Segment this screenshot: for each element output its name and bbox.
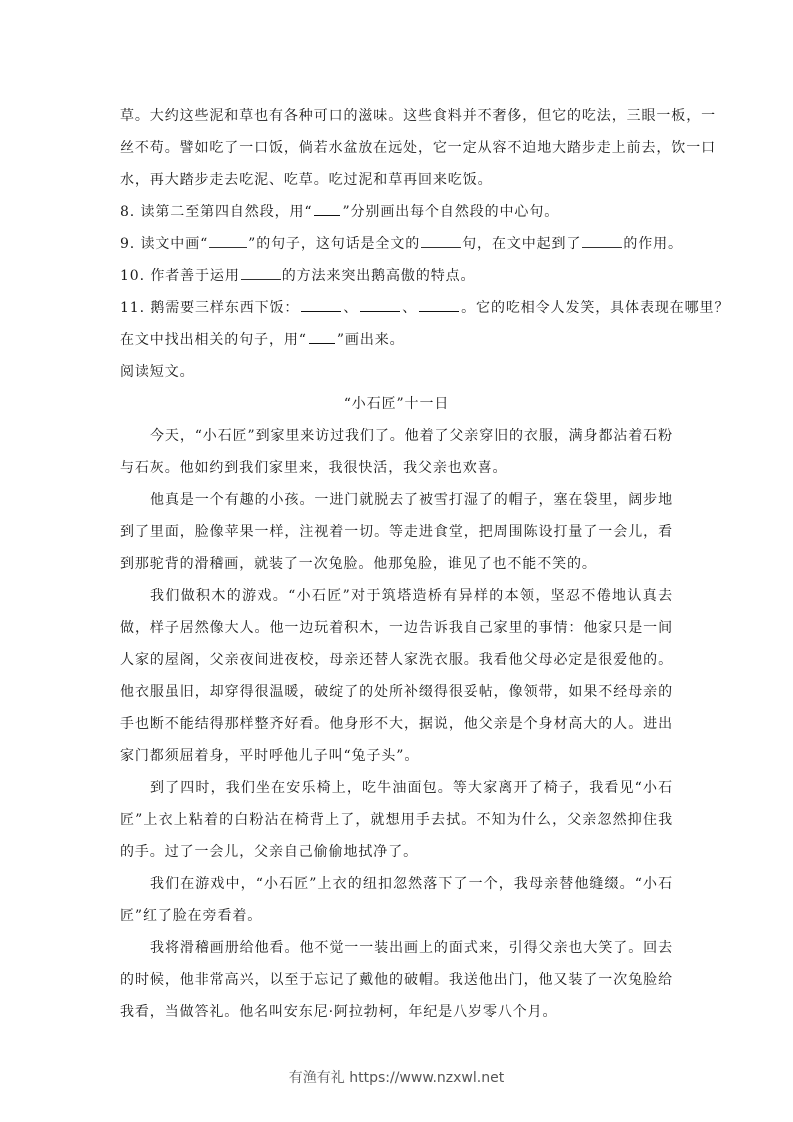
footer-watermark: 有渔有礼 https://www.nzxwl.net xyxy=(0,1067,793,1087)
passage-paragraph-5: 我们在游戏中，“小石匠”上衣的纽扣忽然落下了一个，我母亲替他缝缀。“小石匠”红了… xyxy=(120,868,673,932)
question-11-text-2: 。它的吃相令人发笑，具体表现在哪里？ xyxy=(461,300,729,316)
question-9-blank-2[interactable] xyxy=(421,231,461,248)
question-8-underline-sample xyxy=(314,199,340,216)
question-10-text-1: 10. 作者善于运用 xyxy=(120,268,240,284)
document-page: 草。大约这些泥和草也有各种可口的滋味。这些食料并不奢侈，但它的吃法，三眼一板，一… xyxy=(120,100,673,1028)
question-11-text-1: 11. 鹅需要三样东西下饭： xyxy=(120,300,299,316)
passage-continued-line-1: 草。大约这些泥和草也有各种可口的滋味。这些食料并不奢侈，但它的吃法，三眼一板，一 xyxy=(120,100,673,132)
question-9-text-3: 句，在文中起到了 xyxy=(462,236,581,252)
question-8-text-before: 8. 读第二至第四自然段，用“ xyxy=(120,204,312,220)
reading-prompt: 阅读短文。 xyxy=(120,356,673,388)
passage-paragraph-2: 他真是一个有趣的小孩。一进门就脱去了被雪打湿了的帽子，塞在袋里，阔步地到了里面，… xyxy=(120,484,673,580)
question-8-text-after: ”分别画出每个自然段的中心句。 xyxy=(342,204,559,220)
question-11-separator-2: 、 xyxy=(402,300,417,316)
question-11-text-3: 在文中找出相关的句子，用“ xyxy=(120,332,307,348)
question-11-line-2: 在文中找出相关的句子，用“”画出来。 xyxy=(120,324,673,356)
passage-paragraph-3: 我们做积木的游戏。“小石匠”对于筑塔造桥有异样的本领，坚忍不倦地认真去做，样子居… xyxy=(120,580,673,772)
question-9-blank-3[interactable] xyxy=(582,231,622,248)
passage-continued-line-3: 水，再大踏步走去吃泥、吃草。吃过泥和草再回来吃饭。 xyxy=(120,164,673,196)
question-11-separator-1: 、 xyxy=(343,300,358,316)
question-11-blank-3[interactable] xyxy=(419,295,459,312)
passage-paragraph-1: 今天，“小石匠”到家里来访过我们了。他着了父亲穿旧的衣服，满身都沾着石粉与石灰。… xyxy=(120,420,673,484)
question-11-blank-2[interactable] xyxy=(360,295,400,312)
question-10: 10. 作者善于运用的方法来突出鹅高傲的特点。 xyxy=(120,260,673,292)
question-9: 9. 读文中画“”的句子，这句话是全文的句，在文中起到了的作用。 xyxy=(120,228,673,260)
passage-paragraph-4: 到了四时，我们坐在安乐椅上，吃牛油面包。等大家离开了椅子，我看见“小石匠”上衣上… xyxy=(120,772,673,868)
question-11-underline-sample xyxy=(309,327,335,344)
passage-paragraph-6: 我将滑稽画册给他看。他不觉一一装出画上的面式来，引得父亲也大笑了。回去的时候，他… xyxy=(120,932,673,1028)
question-9-text-1: 9. 读文中画“ xyxy=(120,236,208,252)
passage-continued-line-2: 丝不苟。譬如吃了一口饭，倘若水盆放在远处，它一定从容不迫地大踏步走上前去，饮一口 xyxy=(120,132,673,164)
question-11-text-4: ”画出来。 xyxy=(337,332,405,348)
question-9-text-2: ”的句子，这句话是全文的 xyxy=(248,236,420,252)
passage-title: “小石匠”十一日 xyxy=(120,388,673,420)
question-10-text-2: 的方法来突出鹅高傲的特点。 xyxy=(282,268,476,284)
question-9-blank-1[interactable] xyxy=(209,231,247,248)
question-11-blank-1[interactable] xyxy=(301,295,341,312)
question-10-blank[interactable] xyxy=(241,263,281,280)
question-8: 8. 读第二至第四自然段，用“”分别画出每个自然段的中心句。 xyxy=(120,196,673,228)
question-9-text-4: 的作用。 xyxy=(623,236,683,252)
question-11-line-1: 11. 鹅需要三样东西下饭：、、。它的吃相令人发笑，具体表现在哪里？ xyxy=(120,292,673,324)
